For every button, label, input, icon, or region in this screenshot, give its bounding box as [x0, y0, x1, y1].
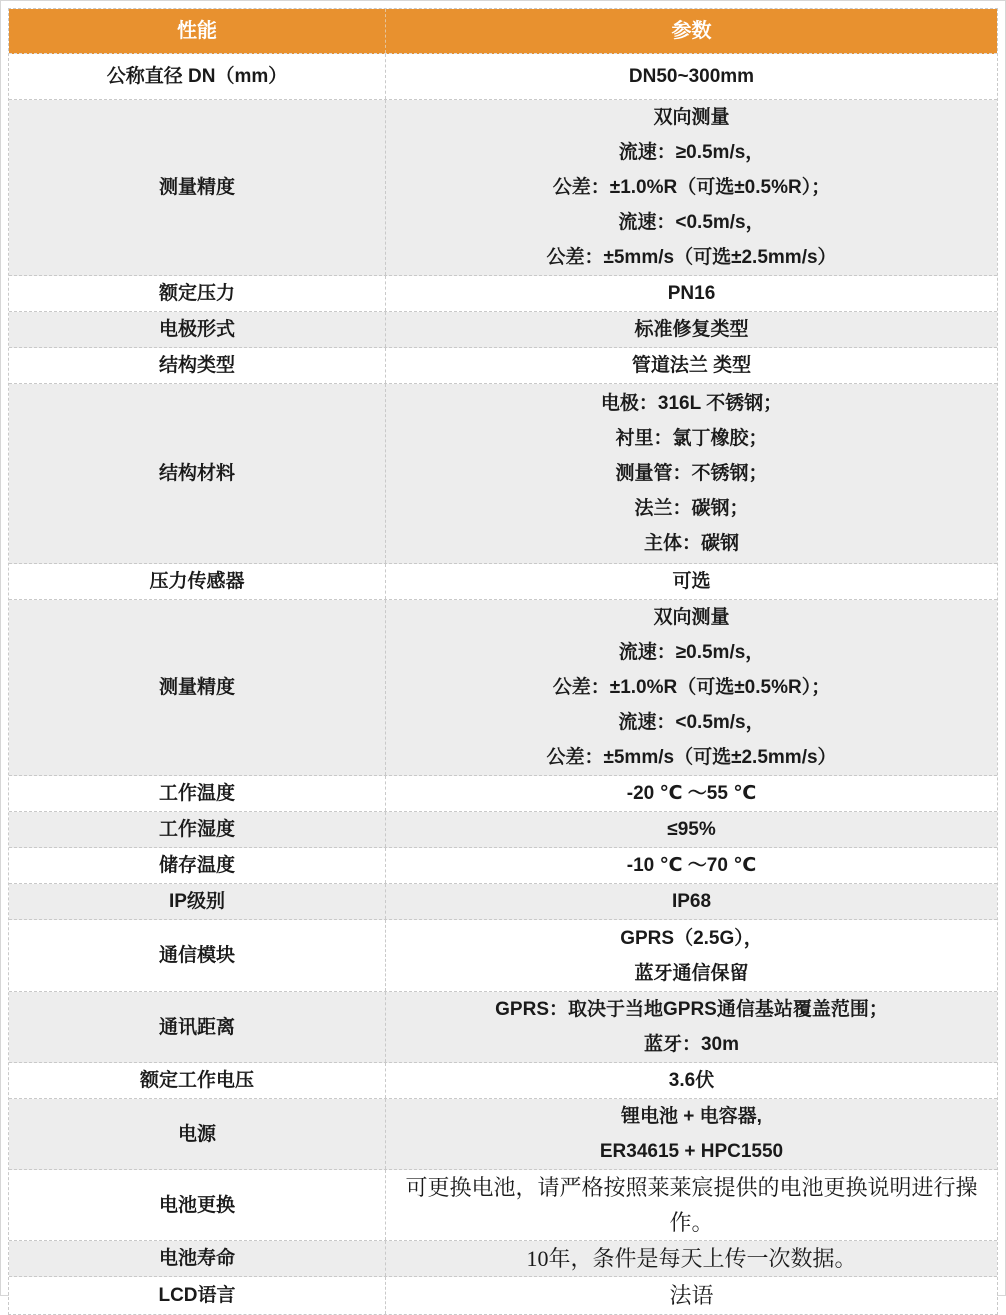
performance-label: 测量精度 — [15, 170, 379, 205]
table-row: IP级别 IP68 — [9, 884, 997, 920]
table-row: 测量精度 双向测量流速：≥0.5m/s，公差：±1.0%R（可选±0.5%R）；… — [9, 100, 997, 276]
parameter-cell: 3.6伏 — [386, 1063, 997, 1098]
performance-label: 工作湿度 — [15, 812, 379, 847]
performance-cell: 储存温度 — [9, 848, 386, 883]
parameter-cell: 管道法兰 类型 — [386, 348, 997, 383]
performance-cell: 额定压力 — [9, 276, 386, 311]
table-row: 额定压力 PN16 — [9, 276, 997, 312]
performance-cell: 电池更换 — [9, 1170, 386, 1240]
performance-label: 电池寿命 — [15, 1241, 379, 1276]
parameter-line: 流速：<0.5m/s， — [392, 705, 991, 740]
performance-label: 测量精度 — [15, 670, 379, 705]
performance-label: IP级别 — [15, 884, 379, 919]
table-header-row: 性能 参数 — [9, 9, 997, 54]
parameter-line: 可选 — [392, 564, 991, 599]
parameter-cell: -10 ℃ ～70 ℃ — [386, 848, 997, 883]
header-cell-parameter: 参数 — [386, 9, 997, 53]
parameter-line: 流速：≥0.5m/s， — [392, 635, 991, 670]
table-body: 公称直径 DN（mm） DN50~300mm 测量精度 双向测量流速：≥0.5m… — [9, 54, 997, 1314]
parameter-line: ≤95% — [392, 812, 991, 847]
performance-label: 电池更换 — [15, 1188, 379, 1223]
parameter-line: 蓝牙：30m — [392, 1027, 991, 1062]
table-row: 电极形式 标准修复类型 — [9, 312, 997, 348]
parameter-cell: 电极：316L 不锈钢；衬里：氯丁橡胶；测量管：不锈钢；法兰：碳钢；主体：碳钢 — [386, 384, 997, 563]
table-row: 通讯距离 GPRS：取决于当地GPRS通信基站覆盖范围；蓝牙：30m — [9, 992, 997, 1063]
parameter-line: 流速：≥0.5m/s， — [392, 135, 991, 170]
parameter-line: 10年，条件是每天上传一次数据。 — [392, 1241, 991, 1276]
parameter-line: 法语 — [392, 1278, 991, 1313]
parameter-cell: GPRS（2.5G），蓝牙通信保留 — [386, 920, 997, 991]
table-row: 测量精度 双向测量流速：≥0.5m/s，公差：±1.0%R（可选±0.5%R）；… — [9, 600, 997, 776]
parameter-line: DN50~300mm — [392, 59, 991, 94]
table-row: 压力传感器 可选 — [9, 564, 997, 600]
parameter-line: 管道法兰 类型 — [392, 348, 991, 383]
parameter-line: 测量管：不锈钢； — [392, 456, 991, 491]
parameter-line: 蓝牙通信保留 — [392, 956, 991, 991]
parameter-line: 公差：±1.0%R（可选±0.5%R）； — [392, 170, 991, 205]
performance-label: 压力传感器 — [15, 564, 379, 599]
parameter-cell: 可更换电池，请严格按照莱莱宸提供的电池更换说明进行操作。 — [386, 1170, 997, 1240]
parameter-line: 衬里：氯丁橡胶； — [392, 421, 991, 456]
parameter-line: -10 ℃ ～70 ℃ — [392, 848, 991, 883]
spec-document-page: 性能 参数 公称直径 DN（mm） DN50~300mm 测量精度 双向测量流速… — [0, 0, 1006, 1296]
parameter-line: PN16 — [392, 276, 991, 311]
performance-cell: 结构类型 — [9, 348, 386, 383]
parameter-line: 主体：碳钢 — [392, 526, 991, 561]
parameter-line: ER34615 + HPC1550 — [392, 1134, 991, 1169]
table-row: 额定工作电压 3.6伏 — [9, 1063, 997, 1099]
performance-cell: 工作温度 — [9, 776, 386, 811]
header-parameter-label: 参数 — [392, 14, 991, 49]
parameter-line: -20 ℃ ～55 ℃ — [392, 776, 991, 811]
performance-cell: 测量精度 — [9, 100, 386, 275]
parameter-cell: DN50~300mm — [386, 54, 997, 99]
performance-label: 公称直径 DN（mm） — [15, 59, 379, 94]
performance-cell: 额定工作电压 — [9, 1063, 386, 1098]
parameter-line: 可更换电池，请严格按照莱莱宸提供的电池更换说明进行操作。 — [392, 1170, 991, 1240]
performance-label: 电极形式 — [15, 312, 379, 347]
parameter-line: IP68 — [392, 884, 991, 919]
performance-cell: IP级别 — [9, 884, 386, 919]
table-row: 结构类型 管道法兰 类型 — [9, 348, 997, 384]
parameter-line: 标准修复类型 — [392, 312, 991, 347]
performance-cell: 工作湿度 — [9, 812, 386, 847]
parameter-line: 3.6伏 — [392, 1063, 991, 1098]
parameter-cell: 锂电池 + 电容器,ER34615 + HPC1550 — [386, 1099, 997, 1169]
table-row: 通信模块 GPRS（2.5G），蓝牙通信保留 — [9, 920, 997, 992]
parameter-line: 双向测量 — [392, 100, 991, 135]
parameter-cell: -20 ℃ ～55 ℃ — [386, 776, 997, 811]
performance-cell: 结构材料 — [9, 384, 386, 563]
performance-cell: 通讯距离 — [9, 992, 386, 1062]
table-row: 电源 锂电池 + 电容器,ER34615 + HPC1550 — [9, 1099, 997, 1170]
parameter-line: 公差：±1.0%R（可选±0.5%R）； — [392, 670, 991, 705]
performance-label: 通信模块 — [15, 938, 379, 973]
performance-cell: 公称直径 DN（mm） — [9, 54, 386, 99]
parameter-line: 双向测量 — [392, 600, 991, 635]
table-row: 公称直径 DN（mm） DN50~300mm — [9, 54, 997, 100]
performance-label: 结构类型 — [15, 348, 379, 383]
parameter-line: 公差：±5mm/s（可选±2.5mm/s） — [392, 740, 991, 775]
parameter-line: GPRS：取决于当地GPRS通信基站覆盖范围； — [392, 992, 991, 1027]
performance-cell: 电池寿命 — [9, 1241, 386, 1276]
parameter-cell: 标准修复类型 — [386, 312, 997, 347]
performance-label: 电源 — [15, 1117, 379, 1152]
performance-cell: 电极形式 — [9, 312, 386, 347]
parameter-cell: ≤95% — [386, 812, 997, 847]
table-row: 电池寿命 10年，条件是每天上传一次数据。 — [9, 1241, 997, 1277]
table-row: 工作温度 -20 ℃ ～55 ℃ — [9, 776, 997, 812]
spec-table: 性能 参数 公称直径 DN（mm） DN50~300mm 测量精度 双向测量流速… — [8, 8, 998, 1315]
performance-label: 额定压力 — [15, 276, 379, 311]
table-row: 储存温度 -10 ℃ ～70 ℃ — [9, 848, 997, 884]
parameter-cell: GPRS：取决于当地GPRS通信基站覆盖范围；蓝牙：30m — [386, 992, 997, 1062]
performance-label: LCD语言 — [15, 1278, 379, 1313]
performance-cell: LCD语言 — [9, 1277, 386, 1314]
parameter-line: 锂电池 + 电容器, — [392, 1099, 991, 1134]
header-cell-performance: 性能 — [9, 9, 386, 53]
parameter-cell: 双向测量流速：≥0.5m/s，公差：±1.0%R（可选±0.5%R）；流速：<0… — [386, 600, 997, 775]
performance-label: 结构材料 — [15, 456, 379, 491]
table-row: 电池更换 可更换电池，请严格按照莱莱宸提供的电池更换说明进行操作。 — [9, 1170, 997, 1241]
parameter-line: 流速：<0.5m/s， — [392, 205, 991, 240]
performance-cell: 电源 — [9, 1099, 386, 1169]
parameter-cell: 双向测量流速：≥0.5m/s，公差：±1.0%R（可选±0.5%R）；流速：<0… — [386, 100, 997, 275]
parameter-line: 电极：316L 不锈钢； — [392, 386, 991, 421]
parameter-cell: 法语 — [386, 1277, 997, 1314]
performance-label: 工作温度 — [15, 776, 379, 811]
parameter-cell: IP68 — [386, 884, 997, 919]
table-row: 结构材料 电极：316L 不锈钢；衬里：氯丁橡胶；测量管：不锈钢；法兰：碳钢；主… — [9, 384, 997, 564]
parameter-cell: PN16 — [386, 276, 997, 311]
parameter-cell: 10年，条件是每天上传一次数据。 — [386, 1241, 997, 1276]
parameter-line: 公差：±5mm/s（可选±2.5mm/s） — [392, 240, 991, 275]
performance-cell: 通信模块 — [9, 920, 386, 991]
performance-label: 储存温度 — [15, 848, 379, 883]
performance-cell: 压力传感器 — [9, 564, 386, 599]
parameter-line: 法兰：碳钢； — [392, 491, 991, 526]
parameter-cell: 可选 — [386, 564, 997, 599]
performance-label: 额定工作电压 — [15, 1063, 379, 1098]
performance-cell: 测量精度 — [9, 600, 386, 775]
header-performance-label: 性能 — [15, 14, 379, 49]
performance-label: 通讯距离 — [15, 1010, 379, 1045]
table-row: 工作湿度 ≤95% — [9, 812, 997, 848]
parameter-line: GPRS（2.5G）， — [392, 921, 991, 956]
